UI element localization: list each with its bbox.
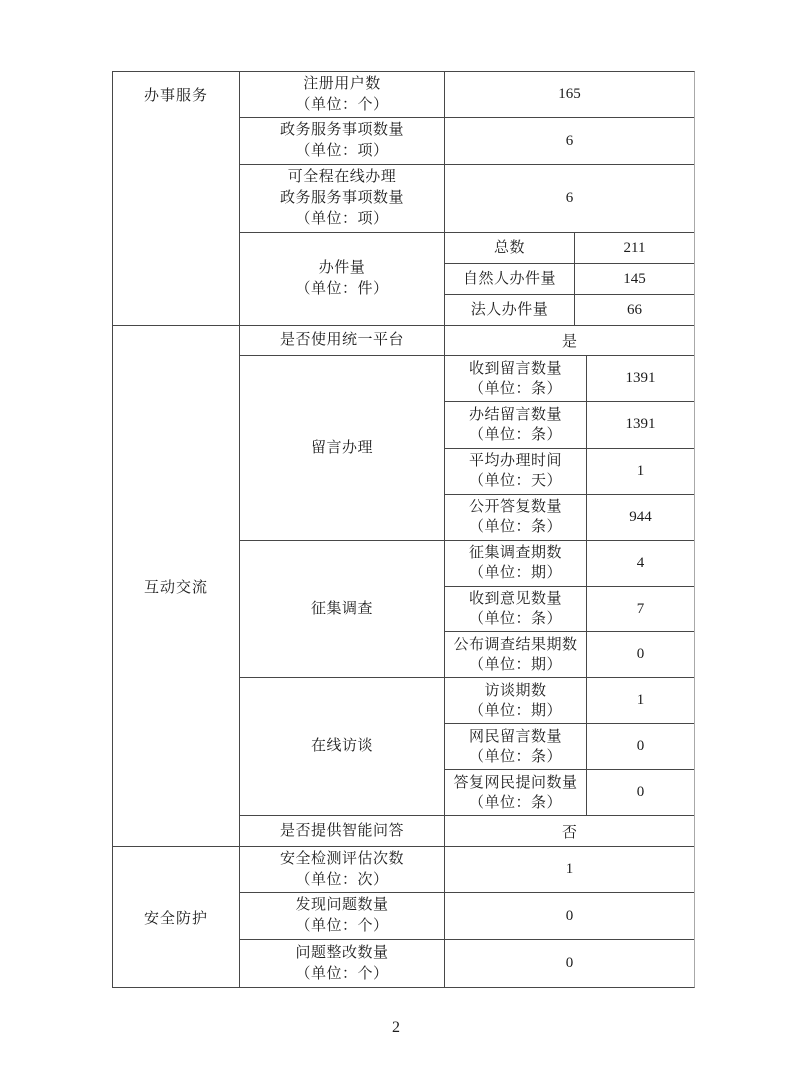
unit-line: （单位：条） (469, 517, 562, 537)
subrow-value: 66 (575, 295, 694, 325)
row-smart-qa: 是否提供智能问答 否 (240, 816, 694, 846)
label-line: 收到意见数量 (469, 589, 562, 609)
subrow-value: 1 (587, 449, 694, 494)
subrow-value: 1391 (587, 402, 694, 447)
subrow-value: 0 (587, 632, 694, 677)
row-label: 问题整改数量 （单位：个） (240, 940, 445, 987)
subrow-results-published: 公布调查结果期数 （单位：期） 0 (445, 631, 694, 677)
subrow-value: 0 (587, 770, 694, 815)
unit-line: （单位：个） (295, 964, 388, 985)
subrows: 收到留言数量 （单位：条） 1391 办结留言数量 （单位：条） 1391 (445, 356, 694, 540)
row-case-volume: 办件量 （单位：件） 总数 211 自然人办件量 (240, 233, 694, 325)
subrow-questions-answered: 答复网民提问数量 （单位：条） 0 (445, 769, 694, 815)
label-line: 答复网民提问数量 (453, 773, 577, 793)
row-label: 在线访谈 (240, 678, 445, 815)
row-value: 0 (445, 893, 694, 939)
row-label: 是否提供智能问答 (240, 816, 445, 846)
subrow-label: 平均办理时间 （单位：天） (445, 449, 587, 494)
label-line: 收到留言数量 (469, 359, 562, 379)
row-value: 1 (445, 847, 694, 892)
label-line: 自然人办件量 (463, 269, 556, 289)
row-issues-rectified: 问题整改数量 （单位：个） 0 (240, 940, 694, 987)
subrow-label: 征集调查期数 （单位：期） (445, 541, 587, 586)
subrow-label: 自然人办件量 (445, 264, 575, 294)
label-line: 安全检测评估次数 (280, 849, 404, 870)
row-value: 是 (445, 326, 694, 355)
unit-line: （单位：期） (469, 563, 562, 583)
unit-line: （单位：件） (295, 279, 388, 300)
subrows: 总数 211 自然人办件量 145 法人办件量 (445, 233, 694, 325)
unit-line: （单位：条） (469, 609, 562, 629)
label-line: 办件量 (319, 258, 366, 279)
label-line: 访谈期数 (484, 681, 546, 701)
label-line: 发现问题数量 (295, 895, 388, 916)
category-label: 互动交流 (113, 326, 240, 846)
row-label: 发现问题数量 （单位：个） (240, 893, 445, 939)
label-line: 办结留言数量 (469, 405, 562, 425)
label-line: 可全程在线办理 (288, 167, 397, 188)
unit-line: （单位：条） (469, 425, 562, 445)
subrow-label: 法人办件量 (445, 295, 575, 325)
subrow-messages-resolved: 办结留言数量 （单位：条） 1391 (445, 401, 694, 447)
subrow-label: 总数 (445, 233, 575, 263)
label-line: 政务服务事项数量 (280, 188, 404, 209)
subrow-value: 1 (587, 678, 694, 723)
row-value: 6 (445, 118, 694, 164)
subrow-label: 收到留言数量 （单位：条） (445, 356, 587, 401)
unit-line: （单位：天） (469, 471, 562, 491)
label-line: 在线访谈 (311, 736, 373, 757)
subrows: 征集调查期数 （单位：期） 4 收到意见数量 （单位：条） 7 (445, 541, 694, 677)
unit-line: （单位：项） (295, 141, 388, 162)
row-online-interview: 在线访谈 访谈期数 （单位：期） 1 网民留言数量 (240, 678, 694, 816)
row-full-online-service-items: 可全程在线办理 政务服务事项数量 （单位：项） 6 (240, 165, 694, 233)
unit-line: （单位：次） (295, 870, 388, 891)
row-unified-platform: 是否使用统一平台 是 (240, 326, 694, 356)
subrow-label: 网民留言数量 （单位：条） (445, 724, 587, 769)
subrow-value: 944 (587, 495, 694, 540)
subrow-survey-periods: 征集调查期数 （单位：期） 4 (445, 541, 694, 586)
report-table: 办事服务 注册用户数 （单位：个） 165 政务服务事项数量 （单位：项） 6 (112, 71, 695, 988)
unit-line: （单位：条） (469, 793, 562, 813)
subrow-messages-received: 收到留言数量 （单位：条） 1391 (445, 356, 694, 401)
row-label: 是否使用统一平台 (240, 326, 445, 355)
row-service-items: 政务服务事项数量 （单位：项） 6 (240, 118, 694, 165)
subrows: 访谈期数 （单位：期） 1 网民留言数量 （单位：条） 0 (445, 678, 694, 815)
section-body: 注册用户数 （单位：个） 165 政务服务事项数量 （单位：项） 6 可全程在线… (240, 72, 694, 325)
label-line: 是否使用统一平台 (280, 330, 404, 351)
category-label: 安全防护 (113, 847, 240, 987)
label-line: 征集调查 (311, 599, 373, 620)
section-admin-services: 办事服务 注册用户数 （单位：个） 165 政务服务事项数量 （单位：项） 6 (113, 72, 694, 326)
subrow-total: 总数 211 (445, 233, 694, 263)
unit-line: （单位：条） (469, 379, 562, 399)
unit-line: （单位：期） (469, 655, 562, 675)
unit-line: （单位：期） (469, 701, 562, 721)
row-issues-found: 发现问题数量 （单位：个） 0 (240, 893, 694, 940)
label-line: 留言办理 (311, 438, 373, 459)
subrow-legal-person: 法人办件量 66 (445, 294, 694, 325)
row-value: 165 (445, 72, 694, 117)
row-label: 留言办理 (240, 356, 445, 540)
subrow-interview-periods: 访谈期数 （单位：期） 1 (445, 678, 694, 723)
subrow-value: 211 (575, 233, 694, 263)
subrow-value: 4 (587, 541, 694, 586)
subrow-label: 公开答复数量 （单位：条） (445, 495, 587, 540)
page-number: 2 (0, 1019, 792, 1037)
subrow-value: 1391 (587, 356, 694, 401)
subrow-value: 145 (575, 264, 694, 294)
section-body: 是否使用统一平台 是 留言办理 收到留言数量 （单位：条） (240, 326, 694, 846)
row-message-handling: 留言办理 收到留言数量 （单位：条） 1391 办结留言数量 (240, 356, 694, 541)
row-label: 注册用户数 （单位：个） (240, 72, 445, 117)
label-line: 网民留言数量 (469, 727, 562, 747)
label-line: 总数 (494, 238, 525, 258)
row-label: 政务服务事项数量 （单位：项） (240, 118, 445, 164)
label-line: 问题整改数量 (295, 943, 388, 964)
subrow-average-handling-time: 平均办理时间 （单位：天） 1 (445, 448, 694, 494)
row-value: 6 (445, 165, 694, 232)
subrow-natural-person: 自然人办件量 145 (445, 263, 694, 294)
unit-line: （单位：项） (295, 209, 388, 230)
section-security: 安全防护 安全检测评估次数 （单位：次） 1 发现问题数量 （单位：个） 0 (113, 847, 694, 987)
section-interaction: 互动交流 是否使用统一平台 是 留言办理 收到留言数量 (113, 326, 694, 847)
row-label: 安全检测评估次数 （单位：次） (240, 847, 445, 892)
subrow-label: 办结留言数量 （单位：条） (445, 402, 587, 447)
label-line: 是否提供智能问答 (280, 821, 404, 842)
label-line: 平均办理时间 (469, 451, 562, 471)
subrow-value: 7 (587, 587, 694, 632)
label-line: 注册用户数 (303, 74, 381, 95)
label-line: 公布调查结果期数 (453, 635, 577, 655)
subrow-label: 访谈期数 （单位：期） (445, 678, 587, 723)
subrow-public-replies: 公开答复数量 （单位：条） 944 (445, 494, 694, 540)
subrow-opinions-received: 收到意见数量 （单位：条） 7 (445, 586, 694, 632)
unit-line: （单位：个） (295, 95, 388, 116)
subrow-label: 收到意见数量 （单位：条） (445, 587, 587, 632)
unit-line: （单位：个） (295, 916, 388, 937)
row-value: 0 (445, 940, 694, 987)
document-page: 办事服务 注册用户数 （单位：个） 165 政务服务事项数量 （单位：项） 6 (0, 0, 792, 1075)
label-line: 法人办件量 (471, 300, 549, 320)
subrow-netizen-messages: 网民留言数量 （单位：条） 0 (445, 723, 694, 769)
label-line: 政务服务事项数量 (280, 120, 404, 141)
subrow-label: 答复网民提问数量 （单位：条） (445, 770, 587, 815)
row-survey: 征集调查 征集调查期数 （单位：期） 4 收到意见数量 (240, 541, 694, 678)
category-label: 办事服务 (113, 72, 240, 325)
unit-line: （单位：条） (469, 747, 562, 767)
subrow-value: 0 (587, 724, 694, 769)
row-registered-users: 注册用户数 （单位：个） 165 (240, 72, 694, 118)
row-label: 可全程在线办理 政务服务事项数量 （单位：项） (240, 165, 445, 232)
section-body: 安全检测评估次数 （单位：次） 1 发现问题数量 （单位：个） 0 问题整改数量 (240, 847, 694, 987)
label-line: 征集调查期数 (469, 543, 562, 563)
row-security-checks: 安全检测评估次数 （单位：次） 1 (240, 847, 694, 893)
label-line: 公开答复数量 (469, 497, 562, 517)
subrow-label: 公布调查结果期数 （单位：期） (445, 632, 587, 677)
row-value: 否 (445, 816, 694, 846)
row-label: 办件量 （单位：件） (240, 233, 445, 325)
row-label: 征集调查 (240, 541, 445, 677)
